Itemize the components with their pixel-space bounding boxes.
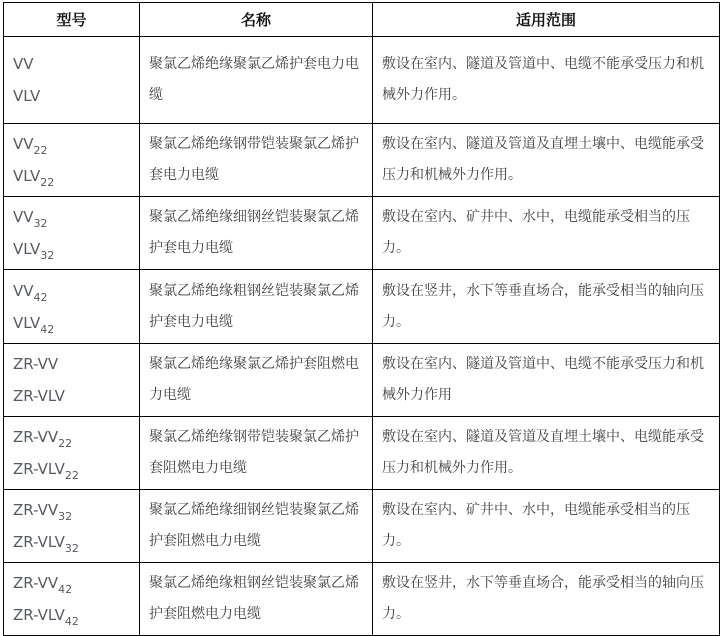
column-header-model: 型号 xyxy=(4,3,140,37)
name-cell: 聚氯乙烯绝缘细钢丝铠装聚氯乙烯护套阻燃电力电缆 xyxy=(140,490,373,563)
model-code: ZR-VV42 xyxy=(13,567,130,599)
scope-cell: 敷设在竖井，水下等垂直场合，能承受相当的轴向压力。 xyxy=(373,270,720,344)
model-code: VV22 xyxy=(13,128,130,160)
model-cell: ZR-VVZR-VLV xyxy=(4,344,140,417)
scope-cell: 敷设在室内、矿井中、水中，电缆能承受相当的压力。 xyxy=(373,197,720,270)
model-subscript: 22 xyxy=(58,437,72,450)
scope-cell: 敷设在室内、隧道及管道及直埋土壤中、电缆能承受压力和机械外力作用。 xyxy=(373,417,720,490)
model-cell: ZR-VV22ZR-VLV22 xyxy=(4,417,140,490)
model-code: ZR-VLV22 xyxy=(13,453,130,485)
model-code: ZR-VLV32 xyxy=(13,526,130,558)
name-cell: 聚氯乙烯绝缘细钢丝铠装聚氯乙烯护套电力电缆 xyxy=(140,197,373,270)
model-code: ZR-VV32 xyxy=(13,494,130,526)
model-subscript: 42 xyxy=(65,615,79,628)
table-row: ZR-VV42ZR-VLV42 聚氯乙烯绝缘粗钢丝铠装聚氯乙烯护套阻燃电力电缆 … xyxy=(4,563,720,636)
model-subscript: 22 xyxy=(40,176,54,189)
model-code: VLV22 xyxy=(13,160,130,192)
model-subscript: 42 xyxy=(58,583,72,596)
model-subscript: 42 xyxy=(34,291,48,304)
table-body: VVVLV 聚氯乙烯绝缘聚氯乙烯护套电力电缆 敷设在室内、隧道及管道中、电缆不能… xyxy=(4,37,720,636)
model-code: ZR-VLV xyxy=(13,380,130,412)
model-subscript: 32 xyxy=(58,510,72,523)
name-cell: 聚氯乙烯绝缘钢带铠装聚氯乙烯护套阻燃电力电缆 xyxy=(140,417,373,490)
model-code: VV42 xyxy=(13,275,130,307)
model-code: VLV32 xyxy=(13,233,130,265)
model-subscript: 32 xyxy=(34,217,48,230)
name-cell: 聚氯乙烯绝缘聚氯乙烯护套阻燃电力电缆 xyxy=(140,344,373,417)
scope-cell: 敷设在室内、矿井中、水中，电缆能承受相当的压力。 xyxy=(373,490,720,563)
table-row: VVVLV 聚氯乙烯绝缘聚氯乙烯护套电力电缆 敷设在室内、隧道及管道中、电缆不能… xyxy=(4,37,720,124)
model-subscript: 22 xyxy=(34,144,48,157)
scope-cell: 敷设在竖井，水下等垂直场合，能承受相当的轴向压力。 xyxy=(373,563,720,636)
scope-cell: 敷设在室内、隧道及管道及直埋土壤中、电缆能承受压力和机械外力作用。 xyxy=(373,124,720,197)
name-cell: 聚氯乙烯绝缘粗钢丝铠装聚氯乙烯护套阻燃电力电缆 xyxy=(140,563,373,636)
header-row: 型号 名称 适用范围 xyxy=(4,3,720,37)
model-subscript: 22 xyxy=(65,469,79,482)
model-code: ZR-VV22 xyxy=(13,421,130,453)
model-code: VLV42 xyxy=(13,307,130,339)
table-row: ZR-VVZR-VLV 聚氯乙烯绝缘聚氯乙烯护套阻燃电力电缆 敷设在室内、隧道及… xyxy=(4,344,720,417)
model-code: VLV xyxy=(13,80,130,112)
scope-cell: 敷设在室内、隧道及管道中、电缆不能承受压力和机械外力作用 xyxy=(373,344,720,417)
name-cell: 聚氯乙烯绝缘聚氯乙烯护套电力电缆 xyxy=(140,37,373,124)
table-row: VV32VLV32 聚氯乙烯绝缘细钢丝铠装聚氯乙烯护套电力电缆 敷设在室内、矿井… xyxy=(4,197,720,270)
model-cell: VVVLV xyxy=(4,37,140,124)
model-cell: ZR-VV42ZR-VLV42 xyxy=(4,563,140,636)
scope-cell: 敷设在室内、隧道及管道中、电缆不能承受压力和机械外力作用。 xyxy=(373,37,720,124)
table-row: ZR-VV32ZR-VLV32 聚氯乙烯绝缘细钢丝铠装聚氯乙烯护套阻燃电力电缆 … xyxy=(4,490,720,563)
model-subscript: 32 xyxy=(40,249,54,262)
model-cell: ZR-VV32ZR-VLV32 xyxy=(4,490,140,563)
model-code: ZR-VV xyxy=(13,348,130,380)
model-cell: VV32VLV32 xyxy=(4,197,140,270)
name-cell: 聚氯乙烯绝缘粗钢丝铠装聚氯乙烯护套电力电缆 xyxy=(140,270,373,344)
model-code: VV32 xyxy=(13,201,130,233)
model-cell: VV22VLV22 xyxy=(4,124,140,197)
model-code: ZR-VLV42 xyxy=(13,599,130,631)
table-row: ZR-VV22ZR-VLV22 聚氯乙烯绝缘钢带铠装聚氯乙烯护套阻燃电力电缆 敷… xyxy=(4,417,720,490)
cable-spec-table: 型号 名称 适用范围 VVVLV 聚氯乙烯绝缘聚氯乙烯护套电力电缆 敷设在室内、… xyxy=(3,2,720,636)
model-code: VV xyxy=(13,48,130,80)
model-subscript: 32 xyxy=(65,542,79,555)
name-cell: 聚氯乙烯绝缘钢带铠装聚氯乙烯护套电力电缆 xyxy=(140,124,373,197)
model-cell: VV42VLV42 xyxy=(4,270,140,344)
table-row: VV42VLV42 聚氯乙烯绝缘粗钢丝铠装聚氯乙烯护套电力电缆 敷设在竖井，水下… xyxy=(4,270,720,344)
column-header-name: 名称 xyxy=(140,3,373,37)
model-subscript: 42 xyxy=(40,323,54,336)
table-row: VV22VLV22 聚氯乙烯绝缘钢带铠装聚氯乙烯护套电力电缆 敷设在室内、隧道及… xyxy=(4,124,720,197)
column-header-scope: 适用范围 xyxy=(373,3,720,37)
